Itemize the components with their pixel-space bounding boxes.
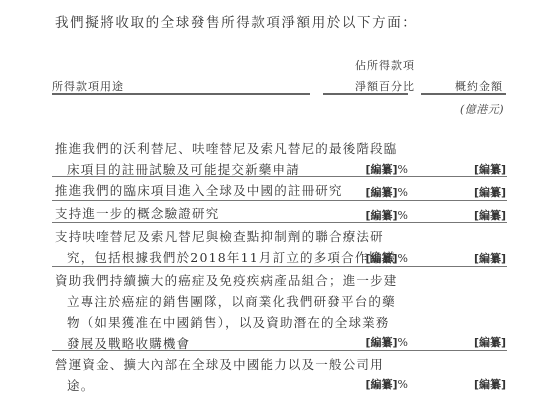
header-pct-line1: 佔所得款項 [355, 57, 415, 73]
table-row-3-pct: [編纂]% [318, 207, 408, 223]
row-4-line-1: 支持呋喹替尼及索凡替尼與檢查點抑制劑的聯合療法研 [55, 226, 396, 247]
table-row-2-amount: [編纂] [426, 184, 506, 200]
table-row-5-pct: [編纂]% [318, 334, 408, 350]
row-5-line-1: 資助我們持續擴大的癌症及免疫疾病產品組合；進一步建 [55, 270, 398, 291]
table-row-5-amount: [編纂] [426, 334, 506, 350]
header-rule-use [52, 93, 310, 95]
header-amount: 概約金額 [455, 78, 503, 94]
header-pct-line2: 淨額百分比 [355, 78, 415, 94]
row-5-line-2: 立專注於癌症的銷售團隊，以商業化我們研發平台的藥 [55, 291, 398, 312]
row-divider [52, 266, 507, 267]
intro-paragraph: 我們擬將收取的全球發售所得款項淨額用於以下方面： [55, 11, 417, 31]
table-row-2-description: 推進我們的臨床項目進入全球及中國的註冊研究 [55, 180, 343, 201]
row-5-line-3: 物（如果獲准在中國銷售），以及資助潛在的全球業務 [55, 312, 398, 333]
amount-unit-label: (億港元) [460, 101, 504, 117]
table-row-2-pct: [編纂]% [318, 184, 408, 200]
table-row-4-pct: [編纂]% [318, 250, 408, 266]
table-row-3-amount: [編纂] [426, 207, 506, 223]
header-rule-pct [323, 93, 408, 95]
table-row-6-amount: [編纂] [426, 376, 506, 392]
row-1-line-1: 推進我們的沃利替尼、呋喹替尼及索凡替尼的最後階段臨 [55, 138, 398, 159]
row-2-line-1: 推進我們的臨床項目進入全球及中國的註冊研究 [55, 180, 343, 201]
row-divider [52, 176, 507, 177]
table-row-4-amount: [編纂] [426, 250, 506, 266]
row-6-line-1: 營運資金、擴大內部在全球及中國能力以及一般公司用 [55, 354, 384, 375]
table-row-3-description: 支持進一步的概念驗證研究 [55, 203, 219, 224]
header-rule-amount [421, 93, 506, 95]
row-divider [52, 200, 507, 201]
table-row-1-amount: [編纂] [426, 161, 506, 177]
row-divider [52, 222, 507, 223]
row-3-line-1: 支持進一步的概念驗證研究 [55, 203, 219, 224]
header-use: 所得款項用途 [52, 78, 124, 94]
table-row-6-pct: [編纂]% [318, 376, 408, 392]
row-divider [52, 350, 507, 351]
table-row-1-pct: [編纂]% [318, 161, 408, 177]
